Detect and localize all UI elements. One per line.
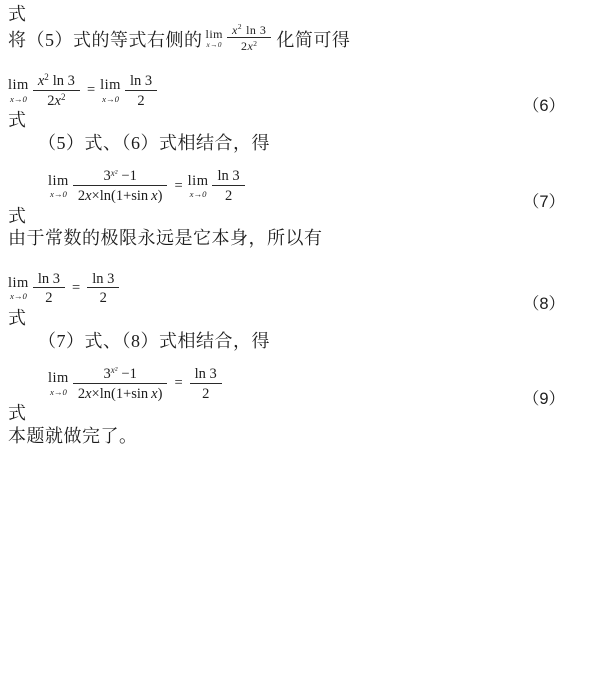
numerator: ln 3: [33, 270, 65, 288]
denominator: 2x2: [33, 90, 80, 110]
numerator: x2ln 3: [227, 23, 271, 38]
limit-operator: limx→0: [188, 174, 209, 199]
limit-operator: limx→0: [48, 371, 69, 396]
fraction-3pow-over-2xln: 3x²−12x×ln(1+sinx): [73, 365, 168, 402]
equals-sign: =: [174, 178, 182, 195]
limit-operator: limx→0: [100, 78, 121, 103]
denominator: 2: [87, 287, 119, 307]
sentence-constant-limit: 由于常数的极限永远是它本身，所以有: [8, 227, 610, 250]
denominator: 2x×ln(1+sinx): [73, 383, 168, 403]
sentence-combine-5-6: （5）式、（6）式相结合，得: [8, 132, 610, 155]
equals-sign: =: [72, 280, 80, 297]
equation-8: limx→0 ln 32 = ln 32 （8）: [8, 270, 610, 307]
limit-subscript: x→0: [190, 190, 207, 199]
limit-subscript: x→0: [102, 95, 119, 104]
denominator: 2: [125, 90, 157, 110]
equation-9-math: limx→0 3x²−12x×ln(1+sinx) = ln 32: [48, 365, 224, 402]
limit-operator: limx→0: [8, 78, 29, 103]
equals-sign: =: [87, 82, 95, 99]
fraction-ln3-over-2: ln 32: [33, 270, 65, 307]
fraction-ln3-over-2: ln 32: [190, 365, 222, 402]
equation-9-label: （9）: [523, 385, 565, 409]
limit-subscript: x→0: [50, 190, 67, 199]
equation-6-math: limx→0 x2ln 32x2 = limx→0 ln 32: [8, 72, 159, 109]
text-line-shi-3: 式: [8, 205, 610, 228]
limit-operator: limx→0: [206, 28, 224, 49]
denominator: 2x×ln(1+sinx): [73, 185, 168, 205]
document-page: 式 将（5）式的等式右侧的limx→0x2ln 32x2化简可得 limx→0 …: [0, 0, 610, 447]
limit-subscript: x→0: [10, 292, 27, 301]
equation-7: limx→0 3x²−12x×ln(1+sinx) = limx→0 ln 32…: [8, 167, 610, 204]
sentence-after-math: 化简可得: [276, 29, 350, 49]
limit-operator: limx→0: [48, 174, 69, 199]
sentence-simplify: 将（5）式的等式右侧的limx→0x2ln 32x2化简可得: [8, 26, 610, 58]
equation-8-math: limx→0 ln 32 = ln 32: [8, 270, 121, 307]
numerator: ln 3: [125, 72, 157, 90]
equation-6: limx→0 x2ln 32x2 = limx→0 ln 32 （6）: [8, 72, 610, 109]
text-line-shi-4: 式: [8, 307, 610, 330]
equation-9: limx→0 3x²−12x×ln(1+sinx) = ln 32 （9）: [8, 365, 610, 402]
numerator: 3x²−1: [73, 365, 168, 383]
fraction-x2ln3-over-2x2: x2ln 32x2: [33, 72, 80, 109]
limit-subscript: x→0: [10, 95, 27, 104]
numerator: ln 3: [87, 270, 119, 288]
text-line-shi-1: 式: [8, 3, 610, 26]
fraction-3pow-over-2xln: 3x²−12x×ln(1+sinx): [73, 167, 168, 204]
sentence-done: 本题就做完了。: [8, 425, 610, 448]
fraction-ln3-over-2: ln 32: [87, 270, 119, 307]
text-line-shi-2: 式: [8, 109, 610, 132]
denominator: 2: [212, 185, 244, 205]
numerator: 3x²−1: [73, 167, 168, 185]
numerator: x2ln 3: [33, 72, 80, 90]
fraction-x2ln3-over-2x2: x2ln 32x2: [227, 23, 271, 55]
inline-limit-formula: limx→0x2ln 32x2: [206, 23, 274, 55]
limit-subscript: x→0: [50, 388, 67, 397]
limit-operator: limx→0: [8, 276, 29, 301]
equation-7-math: limx→0 3x²−12x×ln(1+sinx) = limx→0 ln 32: [48, 167, 247, 204]
equation-7-label: （7）: [523, 188, 565, 212]
equation-8-label: （8）: [523, 290, 565, 314]
fraction-ln3-over-2: ln 32: [125, 72, 157, 109]
limit-subscript: x→0: [207, 42, 222, 49]
equals-sign: =: [174, 375, 182, 392]
sentence-combine-7-8: （7）式、（8）式相结合，得: [8, 330, 610, 353]
equation-6-label: （6）: [523, 92, 565, 116]
denominator: 2: [33, 287, 65, 307]
numerator: ln 3: [190, 365, 222, 383]
denominator: 2x2: [227, 37, 271, 54]
sentence-before-math: 将（5）式的等式右侧的: [8, 29, 203, 49]
text-line-shi-5: 式: [8, 402, 610, 425]
fraction-ln3-over-2: ln 32: [212, 167, 244, 204]
numerator: ln 3: [212, 167, 244, 185]
denominator: 2: [190, 383, 222, 403]
